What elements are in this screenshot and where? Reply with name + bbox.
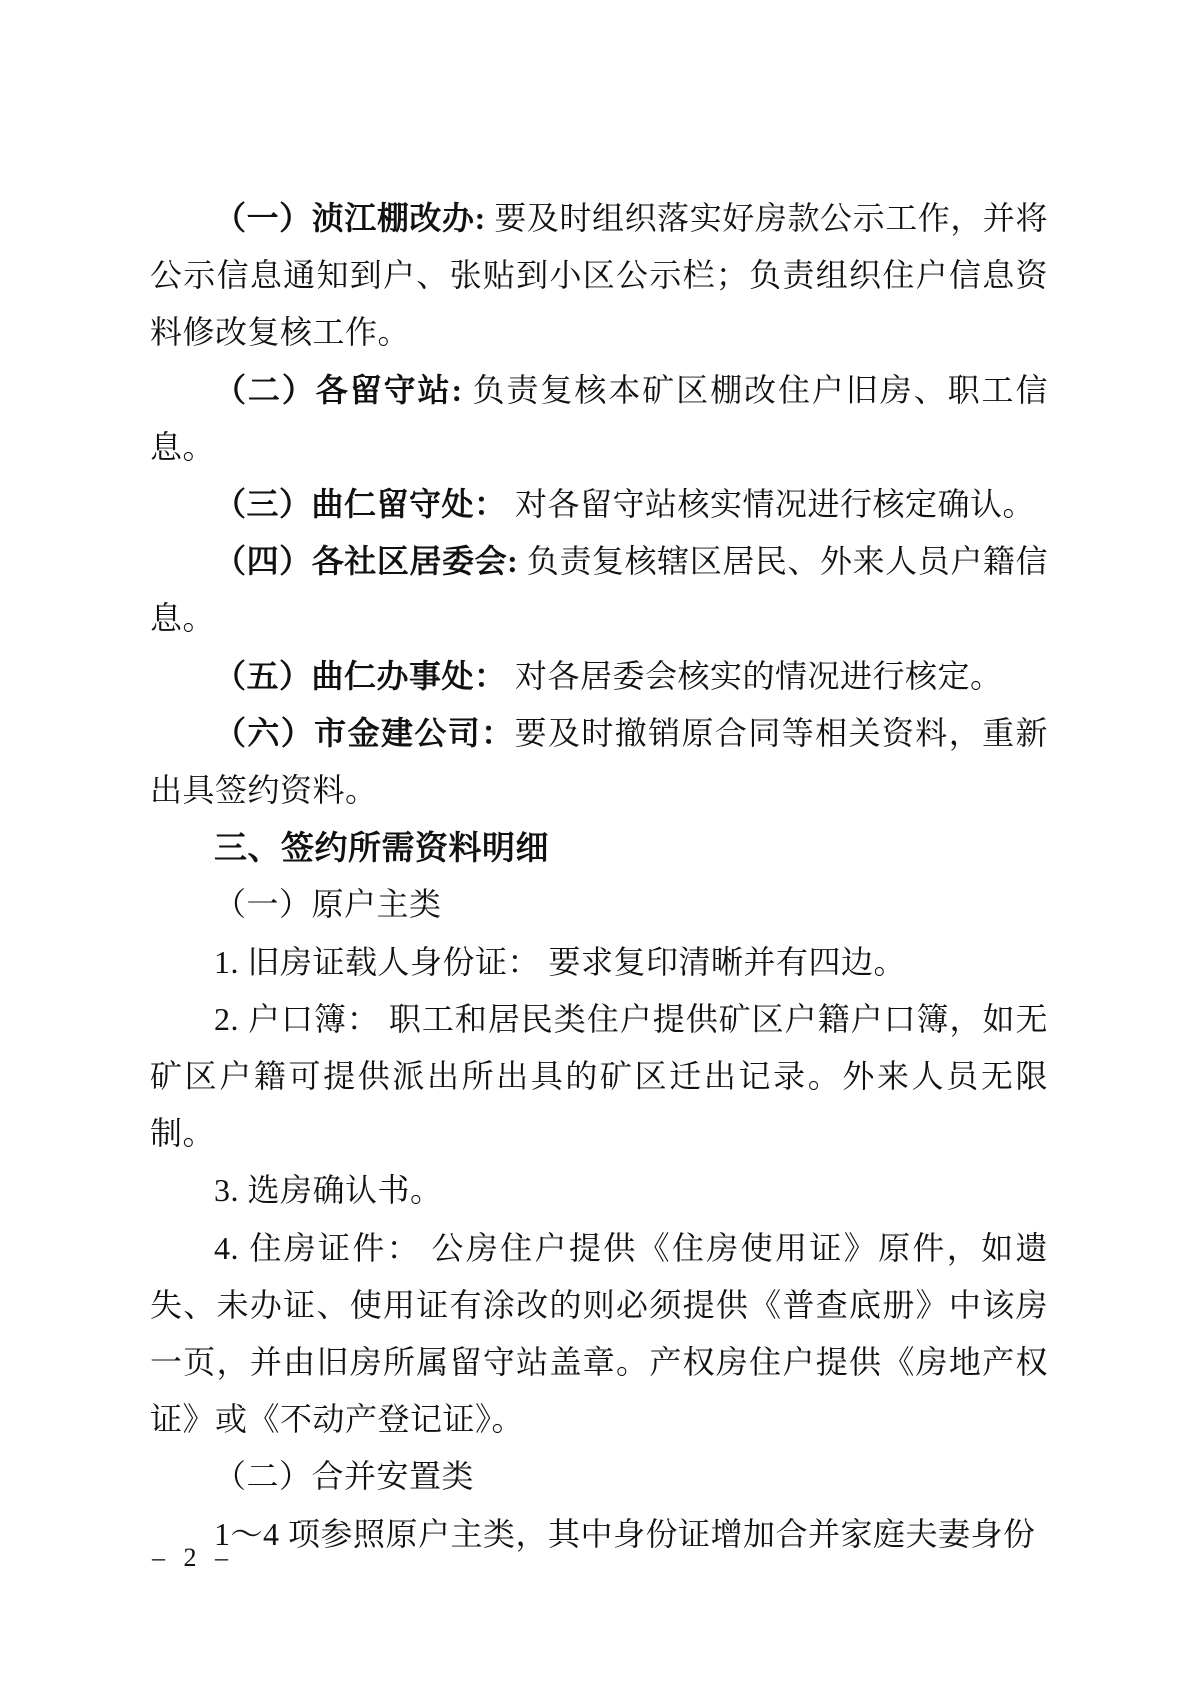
org-label-zhenjiang-penggaiban: （一）浈江棚改办:: [214, 200, 486, 236]
paragraph-duty-liushou-stations: （二）各留守站: 负责复核本矿区棚改住户旧房、职工信息。: [150, 362, 1048, 476]
subheading-merged-placement: （二）合并安置类: [150, 1448, 1048, 1505]
subheading-original-householder: （一）原户主类: [150, 876, 1048, 933]
paragraph-duty-jinjian-company: （六）市金建公司：要及时撤销原合同等相关资料，重新出具签约资料。: [150, 705, 1048, 819]
section-heading-signing-materials: 三、签约所需资料明细: [150, 819, 1048, 876]
paragraph-duty-community-committees: （四）各社区居委会: 负责复核辖区居民、外来人员户籍信息。: [150, 533, 1048, 647]
item-4-housing-certificates: 4. 住房证件： 公房住户提供《住房使用证》原件，如遗失、未办证、使用证有涂改的…: [150, 1220, 1048, 1449]
org-label-community-committees: （四）各社区居委会:: [214, 543, 518, 579]
item-3-house-selection-confirmation: 3. 选房确认书。: [150, 1162, 1048, 1219]
org-label-liushou-stations: （二）各留守站:: [214, 372, 463, 408]
paragraph-duty-quren-liushouchu: （三）曲仁留守处： 对各留守站核实情况进行核定确认。: [150, 476, 1048, 533]
paragraph-duty-quren-banshichu: （五）曲仁办事处： 对各居委会核实的情况进行核定。: [150, 648, 1048, 705]
paragraph-duty-zhenjiang-penggaiban: （一）浈江棚改办: 要及时组织落实好房款公示工作，并将公示信息通知到户、张贴到小…: [150, 190, 1048, 362]
paragraph-text: 对各留守站核实情况进行核定确认。: [507, 486, 1036, 522]
document-page: （一）浈江棚改办: 要及时组织落实好房款公示工作，并将公示信息通知到户、张贴到小…: [0, 0, 1190, 1683]
org-label-quren-banshichu: （五）曲仁办事处：: [214, 658, 507, 694]
item-1-old-house-id-card: 1. 旧房证载人身份证： 要求复印清晰并有四边。: [150, 934, 1048, 991]
paragraph-text: 对各居委会核实的情况进行核定。: [507, 658, 1003, 694]
document-body: （一）浈江棚改办: 要及时组织落实好房款公示工作，并将公示信息通知到户、张贴到小…: [150, 190, 1048, 1563]
page-number: – 2 –: [152, 1543, 234, 1573]
item-2-household-register: 2. 户口簿： 职工和居民类住户提供矿区户籍户口簿，如无矿区户籍可提供派出所出具…: [150, 991, 1048, 1163]
org-label-jinjian-company: （六）市金建公司：: [214, 715, 515, 751]
paragraph-merged-placement-note: 1～4 项参照原户主类，其中身份证增加合并家庭夫妻身份: [150, 1506, 1048, 1563]
org-label-quren-liushouchu: （三）曲仁留守处：: [214, 486, 507, 522]
